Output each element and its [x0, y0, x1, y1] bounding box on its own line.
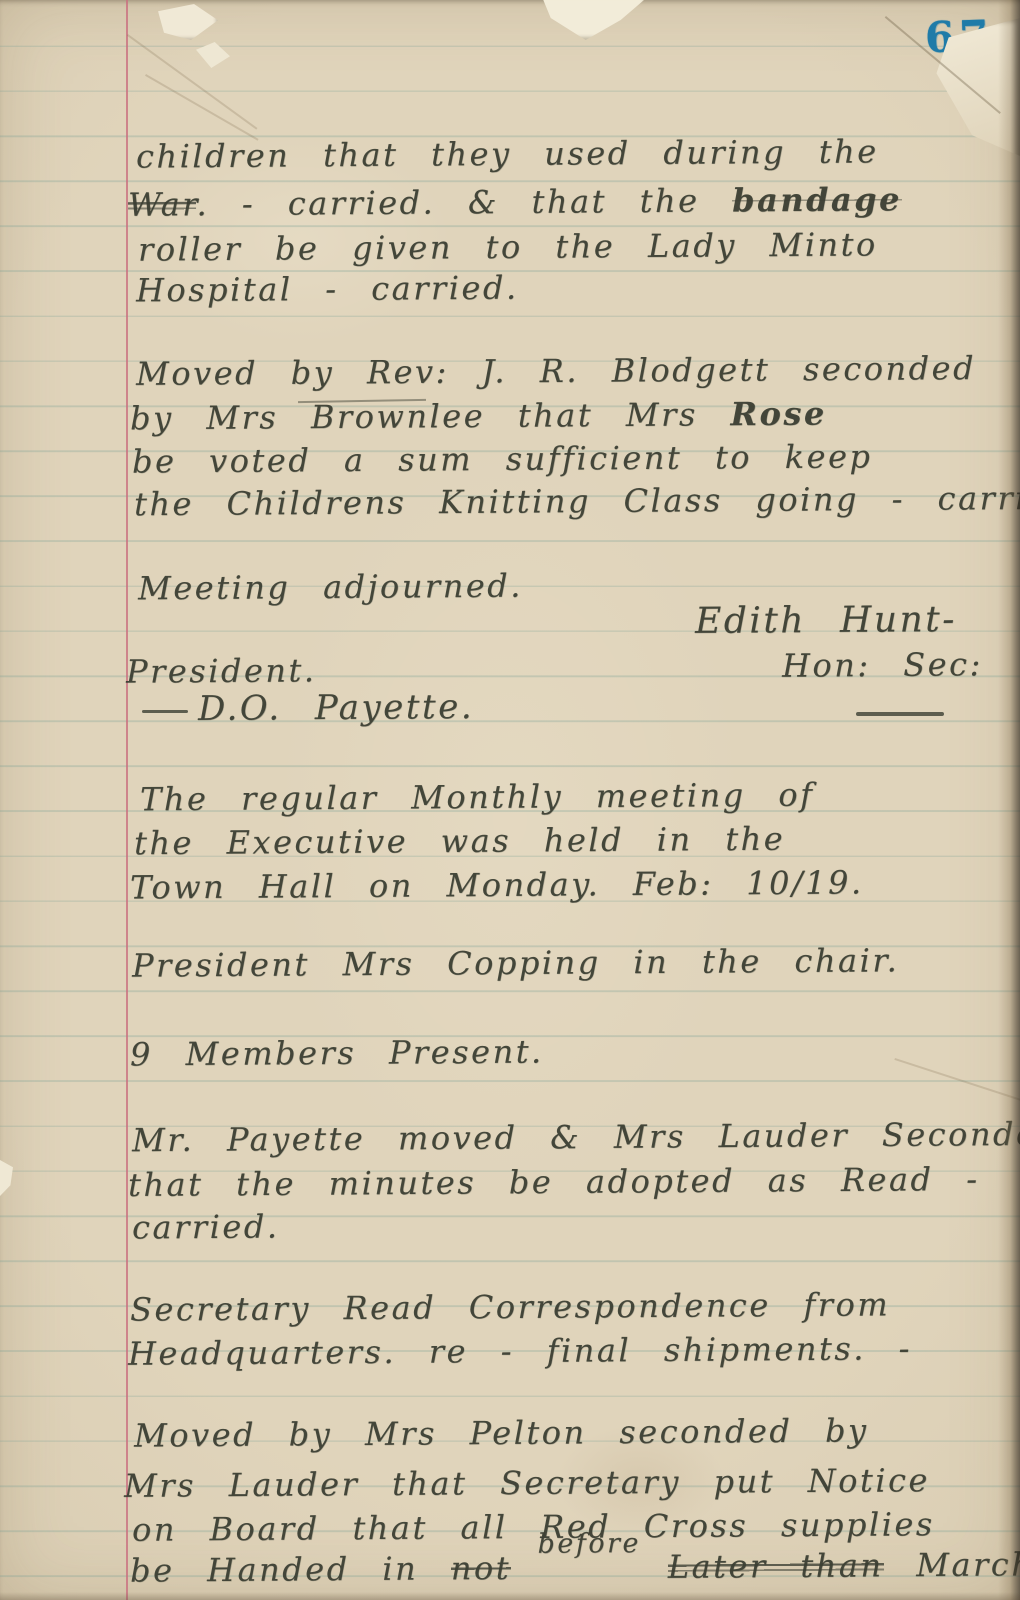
handwritten-line: 9 Members Present.: [130, 1033, 544, 1074]
paper-tear-top-center: [538, 0, 644, 40]
crease-top-left-2: [145, 74, 259, 141]
page-bottom-edge-shadow: [0, 1592, 1020, 1600]
handwritten-line: Secretary Read Correspondence from: [130, 1285, 890, 1328]
president-signature: D.O. Payette.: [198, 687, 474, 729]
text-segment: be Handed in: [130, 1549, 451, 1589]
page-number-stamp: 67: [924, 11, 994, 62]
handwritten-line: Town Hall on Monday. Feb: 10/19.: [130, 863, 864, 906]
handwritten-line: Hospital - carried.: [136, 269, 519, 310]
handwritten-line: that the minutes be adopted as Read -: [128, 1160, 980, 1204]
struck-words: Later than: [668, 1546, 884, 1586]
paper-tear-top-left-small: [196, 42, 230, 68]
handwritten-line: roller be given to the Lady Minto: [138, 225, 878, 268]
handwritten-line: Headquarters. re - final shipments. -: [128, 1329, 912, 1372]
handwritten-line: Moved by Mrs Pelton seconded by: [134, 1411, 869, 1454]
president-label: President.: [126, 651, 317, 690]
paper-chip-left-edge: [0, 1160, 13, 1196]
crease-top-left: [127, 34, 258, 130]
handwritten-line: President Mrs Copping in the chair.: [132, 941, 899, 984]
ledger-page: 67 children that they used during the Wa…: [0, 0, 1020, 1600]
overwritten-word: Rose: [730, 395, 827, 434]
handwritten-line: children that they used during the: [136, 132, 879, 175]
scribbled-word: War: [128, 185, 197, 223]
handwritten-line: the Executive was held in the: [134, 820, 785, 863]
handwritten-line: on Board that all Red Cross supplies: [132, 1505, 935, 1549]
handwritten-line: War. - carried. & that the bandage: [128, 180, 902, 223]
paper-tear-top-left: [158, 4, 218, 40]
text-segment: . - carried. & that the: [196, 181, 732, 223]
handwritten-line: carried.: [132, 1207, 280, 1246]
inserted-word: before: [537, 1528, 641, 1560]
handwritten-line: be Handed in not before Later than March…: [130, 1544, 1020, 1589]
secretary-signature: Edith Hunt-: [695, 599, 957, 642]
adjourned-line: Meeting adjourned.: [138, 567, 523, 608]
handwritten-line: The regular Monthly meeting of: [140, 776, 815, 819]
secretary-title: Hon: Sec:: [782, 645, 983, 684]
secretary-signature-rule: [856, 712, 944, 716]
handwritten-line: by Mrs Brownlee that Mrs Rose: [130, 395, 827, 438]
handwritten-line: Mrs Lauder that Secretary put Notice: [124, 1461, 930, 1505]
struck-word: not: [451, 1549, 511, 1587]
text-segment: by Mrs Brownlee that Mrs: [130, 395, 731, 437]
handwritten-line: Mr. Payette moved & Mrs Lauder Seconded: [132, 1115, 1020, 1159]
president-signature-dash: [142, 710, 188, 713]
handwritten-line: Moved by Rev: J. R. Blodgett seconded: [136, 349, 976, 393]
overwritten-word: bandage: [732, 180, 902, 219]
page-right-edge-shadow: [998, 0, 1020, 1600]
handwritten-line: be voted a sum sufficient to keep: [132, 437, 873, 480]
handwritten-line: the Childrens Knitting Class going - car…: [134, 479, 1020, 524]
